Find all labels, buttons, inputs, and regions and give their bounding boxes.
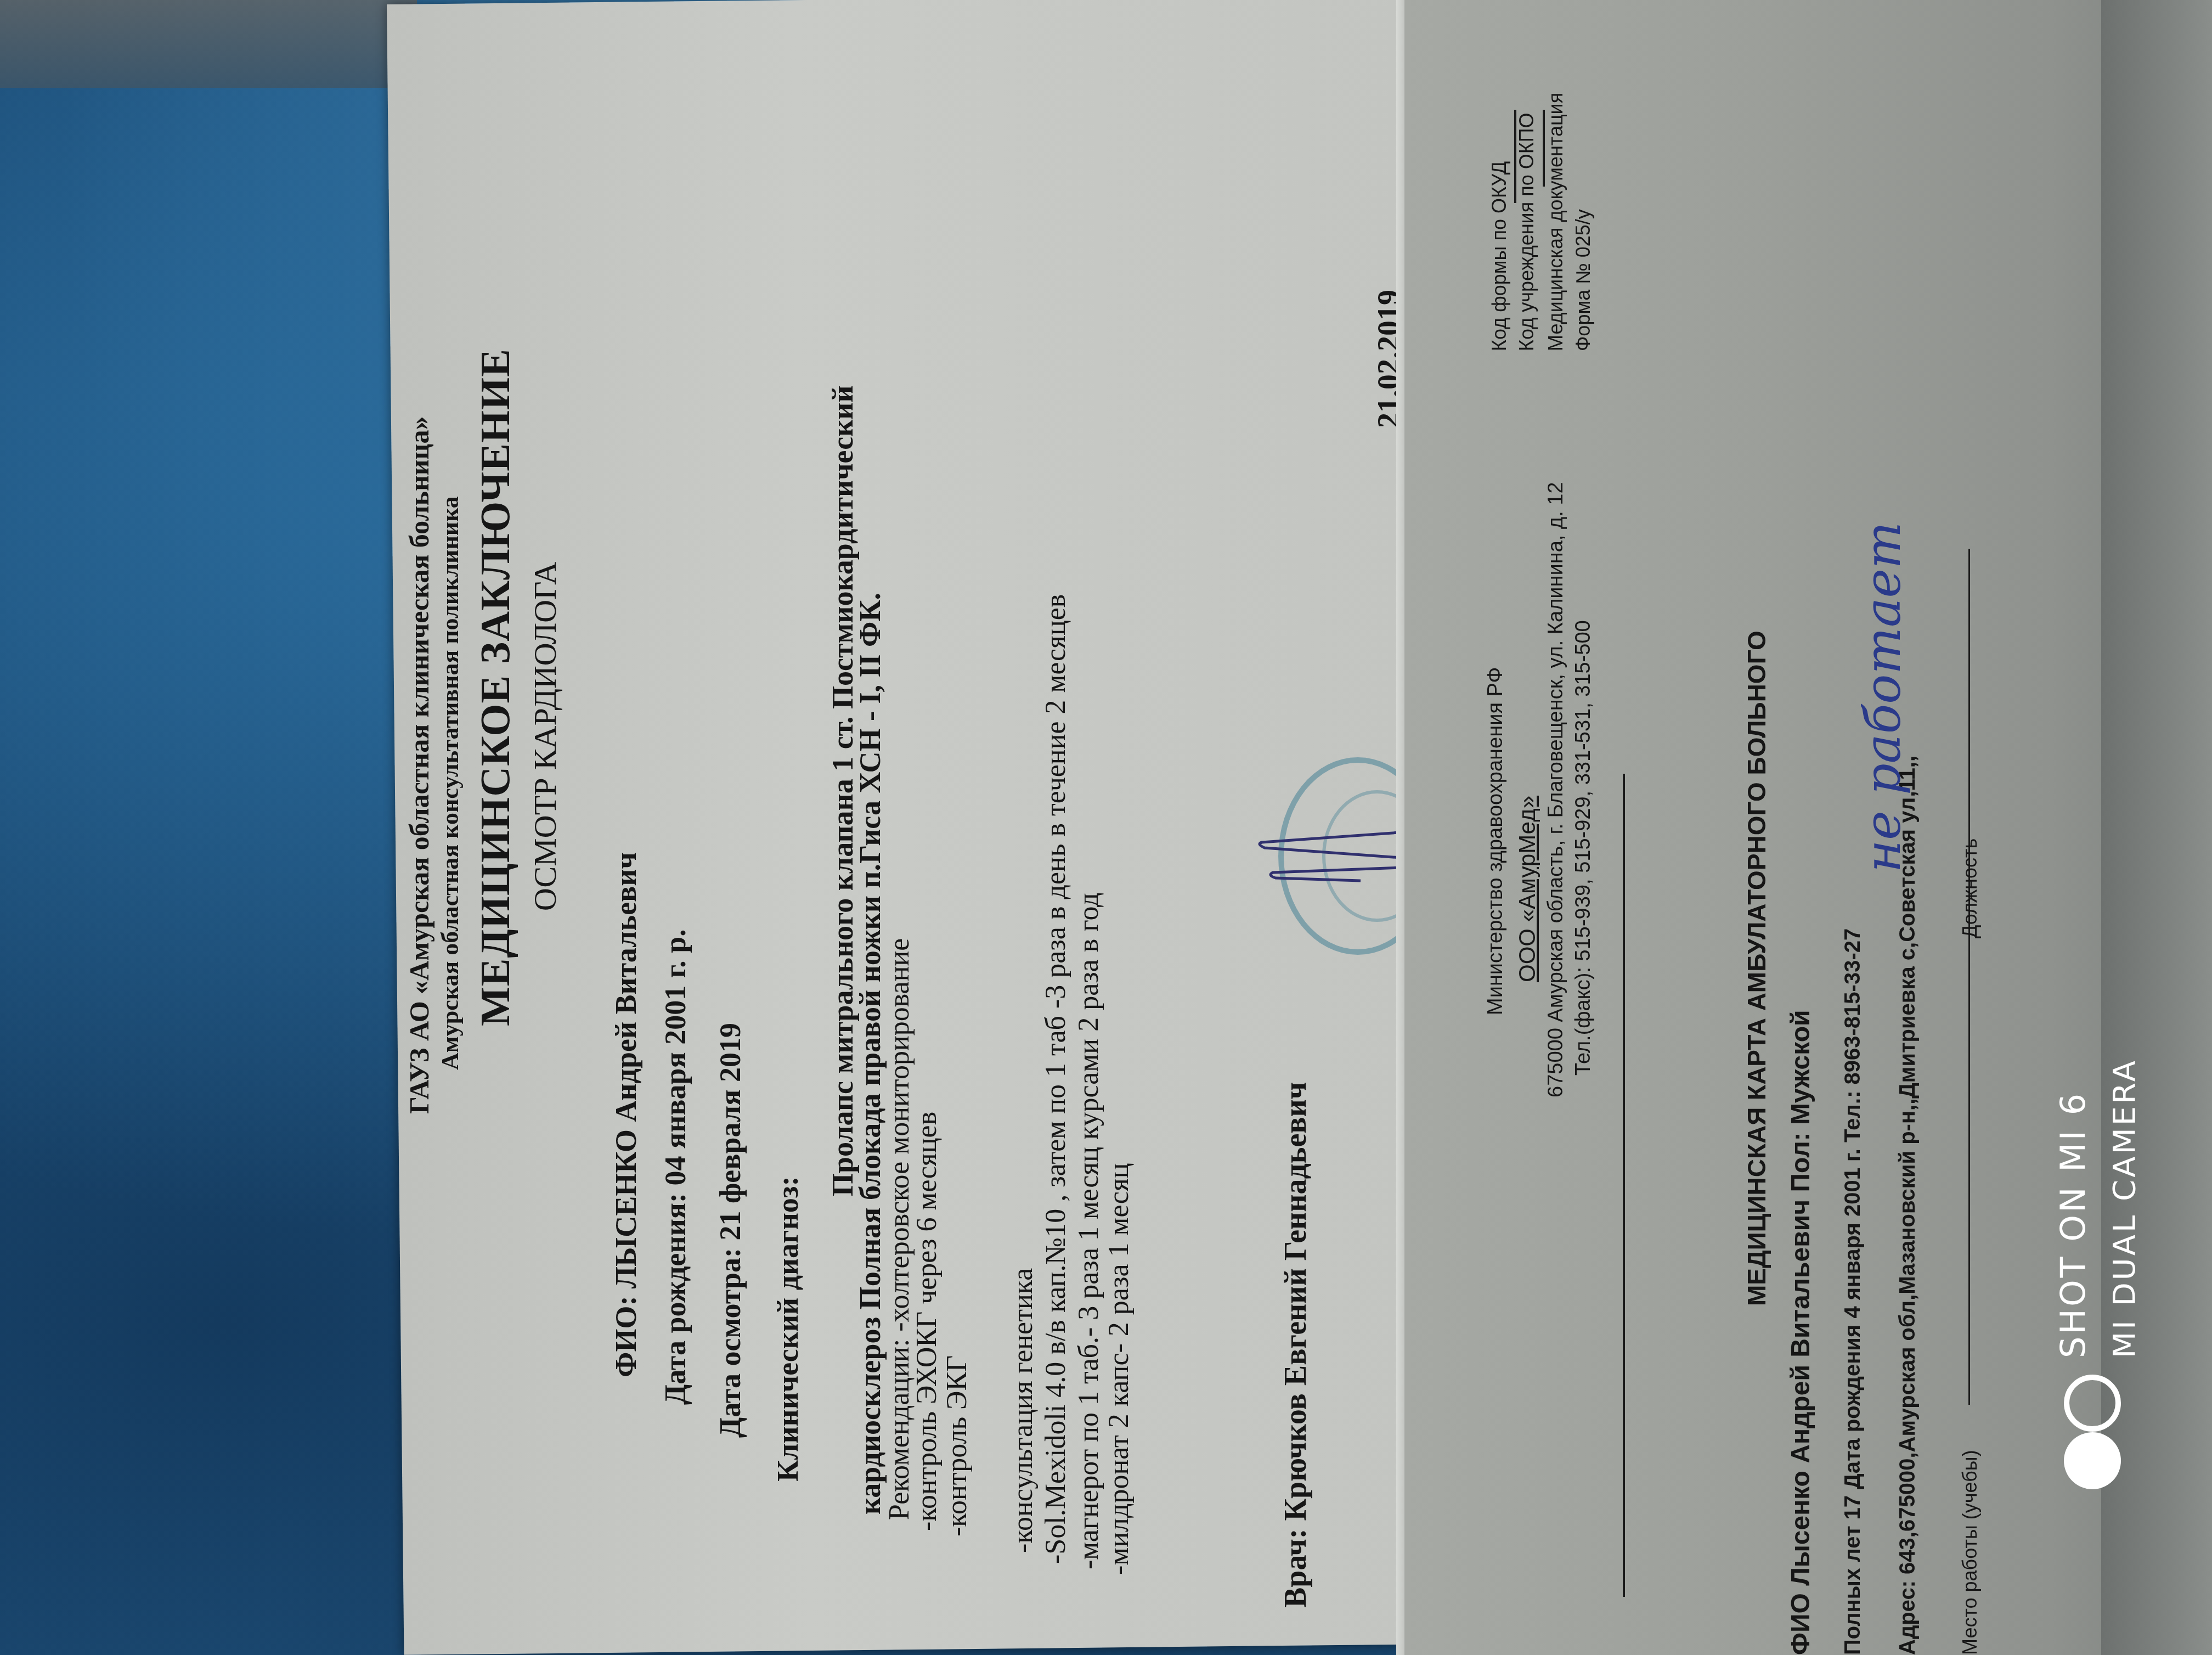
- watermark-ring-icon: [2064, 1375, 2121, 1432]
- organization-name: ООО «АмурМед»: [1514, 796, 1541, 982]
- exam-date: Дата осмотра: 21 февраля 2019: [713, 1023, 747, 1438]
- divider-line: [1623, 774, 1625, 1597]
- recommendation-6: -милдронат 2 капс- 2 раза 1 месяц: [1103, 1163, 1135, 1575]
- document-subtitle: ОСМОТР КАРДИОЛОГА: [527, 562, 563, 911]
- watermark-line-2: MI DUAL CAMERA: [2107, 1059, 2142, 1358]
- form-number: Форма № 025/у: [1572, 209, 1595, 351]
- work-label: Место работы (учебы): [1959, 1450, 1982, 1655]
- organization-address: 675000 Амурская область, г. Благовещенск…: [1544, 482, 1568, 1097]
- diagnosis-line-2: кардиосклероз Полная блокада правой ножк…: [853, 593, 887, 1515]
- work-field-line: [1968, 549, 1970, 1405]
- recommendation-3: -консультация генетика: [1007, 1268, 1039, 1553]
- birth-date: Дата рождения: 04 января 2001 г. р.: [658, 929, 692, 1405]
- institution-name: ГАУЗ АО «Амурская областная клиническая …: [403, 416, 435, 1114]
- background-cloth: [0, 0, 417, 88]
- document-title: МЕДИЦИНСКОЕ ЗАКЛЮЧЕНИЕ: [472, 348, 520, 1026]
- recommendation-2: -контроль ЭКГ: [941, 1355, 973, 1536]
- work-value-handwritten: не работает: [1854, 522, 1912, 872]
- okud-label: Код формы по ОКУД: [1488, 161, 1511, 351]
- recommendation-1: -контроль ЭХОКГ через 6 месяцев: [911, 1112, 943, 1531]
- organization-phones: Тел.(факс): 515-939, 515-929, 331-531, 3…: [1572, 620, 1595, 1076]
- card-age-birthdate-phone: Полных лет 17 Дата рождения 4 января 200…: [1841, 928, 1865, 1655]
- okpo-label: Код учреждения по ОКПО: [1515, 112, 1538, 351]
- sub-institution-name: Амурская областная консультативная полик…: [436, 496, 464, 1070]
- card-address: Адрес: 643,675000,Амурская обл,Мазановск…: [1895, 756, 1920, 1655]
- ministry-name: Министерство здравоохранения РФ: [1484, 667, 1508, 1015]
- doc-type: Медицинская документация: [1544, 93, 1567, 351]
- watermark-line-1: SHOT ON MI 6: [2053, 1091, 2093, 1358]
- position-label: Должность: [1959, 838, 1982, 938]
- card-patient-name: ФИО Лысенко Андрей Витальевич Пол: Мужск…: [1786, 1010, 1816, 1655]
- doctor-signature: [1251, 823, 1415, 883]
- patient-name: ФИО: ЛЫСЕНКО Андрей Витальевич: [609, 852, 643, 1377]
- recommendation-4: -Sol.Mexidoli 4.0 в/в кап.№10 , затем по…: [1040, 594, 1072, 1564]
- watermark-dot-icon: [2064, 1432, 2121, 1489]
- doctor-name: Врач: Крючков Евгений Геннадьевич: [1278, 1082, 1313, 1608]
- card-title: МЕДИЦИНСКАЯ КАРТА АМБУЛАТОРНОГО БОЛЬНОГО: [1742, 631, 1771, 1306]
- diagnosis-label: Клинический диагноз:: [771, 1176, 805, 1482]
- recommendation-5: -магнерот по 1 таб.- 3 раза 1 месяц курс…: [1073, 893, 1105, 1569]
